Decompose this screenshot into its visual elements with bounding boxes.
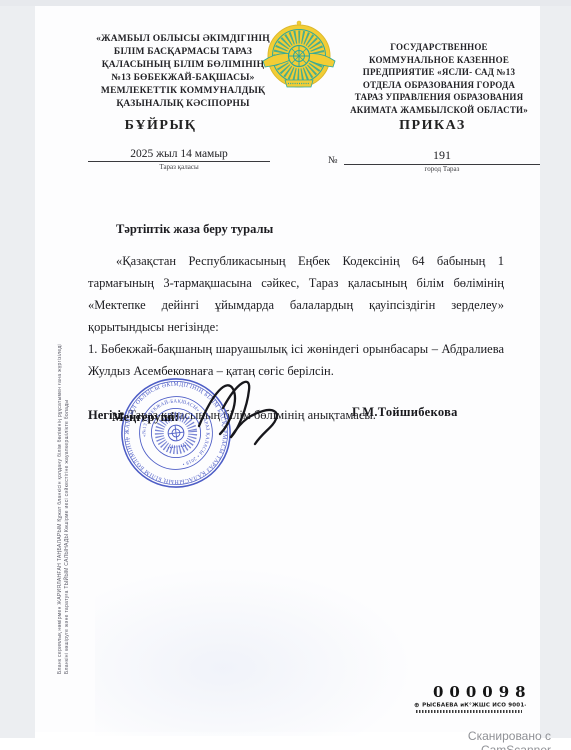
edge-microprint-line: Бланк сериялық нөмірмен ЖАРИЯЛАНҒАН ТАҢБ… [57, 189, 64, 674]
order-paragraph-legal-basis: «Қазақстан Республикасының Еңбек Кодексі… [88, 250, 504, 338]
document-title-russian: ПРИКАЗ [350, 118, 515, 134]
order-number: 191 [344, 148, 540, 165]
handwritten-signature [193, 372, 289, 452]
printing-house-mark: ⊕ РЫСБАЕВА иК°ЖШС ИСО 9001-2008 [414, 701, 526, 709]
org-ru-line: АКИМАТА ЖАМБЫЛСКОЙ ОБЛАСТИ» [350, 105, 528, 115]
number-sign: № [328, 155, 338, 166]
printing-house-text: РЫСБАЕВА иК°ЖШС ИСО 9001-2008 [422, 703, 526, 709]
date-place-kazakh: Тараз қаласы [88, 163, 270, 171]
org-ru-line: ГОСУДАРСТВЕННОЕ [390, 42, 488, 52]
order-paragraph-decision: 1. Бөбекжай-бақшаның шаруашылық ісі жөні… [88, 338, 504, 382]
edge-microprint-line: Бланкіні көшіруге және таратуға ТЫЙЫМ СА… [64, 189, 71, 674]
document-page: «ЖАМБЫЛ ОБЛЫСЫ ӘКІМДІГІНІҢ БІЛІМ БАСҚАРМ… [35, 6, 540, 732]
org-ru-line: ТАРАЗ УПРАВЛЕНИЯ ОБРАЗОВАНИЯ [355, 92, 524, 102]
order-date: 2025 жыл 14 мамыр [88, 148, 270, 162]
printing-house-logo-icon: ⊕ [414, 701, 422, 709]
kazakhstan-coat-of-arms-icon [257, 16, 341, 100]
order-subject: Тәртіптік жаза беру туралы [88, 218, 504, 240]
camscanner-watermark: Сканировано с CamScanner [395, 729, 551, 750]
org-kk-line: №13 БӨБЕКЖАЙ-БАҚШАСЫ» [111, 73, 254, 83]
org-kk-line: ҚАЛАСЫНЫҢ БІЛІМ БӨЛІМІНІҢ [102, 60, 265, 70]
printing-house-microline [416, 710, 522, 713]
date-block: 2025 жыл 14 мамыр Тараз қаласы [88, 148, 270, 171]
scan-artifact [95, 566, 415, 736]
org-kk-line: МЕМЛЕКЕТТІК КОММУНАЛДЫҚ [101, 86, 265, 96]
org-kk-line: «ЖАМБЫЛ ОБЛЫСЫ ӘКІМДІГІНІҢ [96, 34, 270, 44]
signer-role-label: Меңгеруші: [112, 410, 179, 425]
scanned-order-document: { "page": { "header": { "org_kk": { "lin… [0, 0, 571, 750]
org-kk-line: ҚАЗЫНАЛЫҚ КӘСІПОРНЫ [116, 99, 249, 109]
scan-margin-left [0, 0, 35, 738]
org-ru-line: КОММУНАЛЬНОЕ КАЗЕННОЕ [369, 55, 509, 65]
scan-margin-top [0, 0, 571, 6]
scan-margin-right [540, 0, 571, 738]
number-place-russian: город Тараз [344, 165, 540, 173]
signer-name: Г.М.Тойшибекова [352, 405, 458, 420]
blank-serial-number: 000098 [433, 683, 532, 701]
document-title-kazakh: БҰЙРЫҚ [88, 118, 233, 134]
org-kk-line: БІЛІМ БАСҚАРМАСЫ ТАРАЗ [114, 47, 252, 57]
org-ru-line: ПРЕДПРИЯТИЕ «ЯСЛИ- САД №13 [363, 67, 515, 77]
org-ru-line: ОТДЕЛА ОБРАЗОВАНИЯ ГОРОДА [363, 80, 515, 90]
edge-microprint: Бланк сериялық нөмірмен ЖАРИЯЛАНҒАН ТАҢБ… [57, 189, 71, 674]
org-name-russian: ГОСУДАРСТВЕННОЕ КОММУНАЛЬНОЕ КАЗЕННОЕ ПР… [338, 41, 540, 116]
